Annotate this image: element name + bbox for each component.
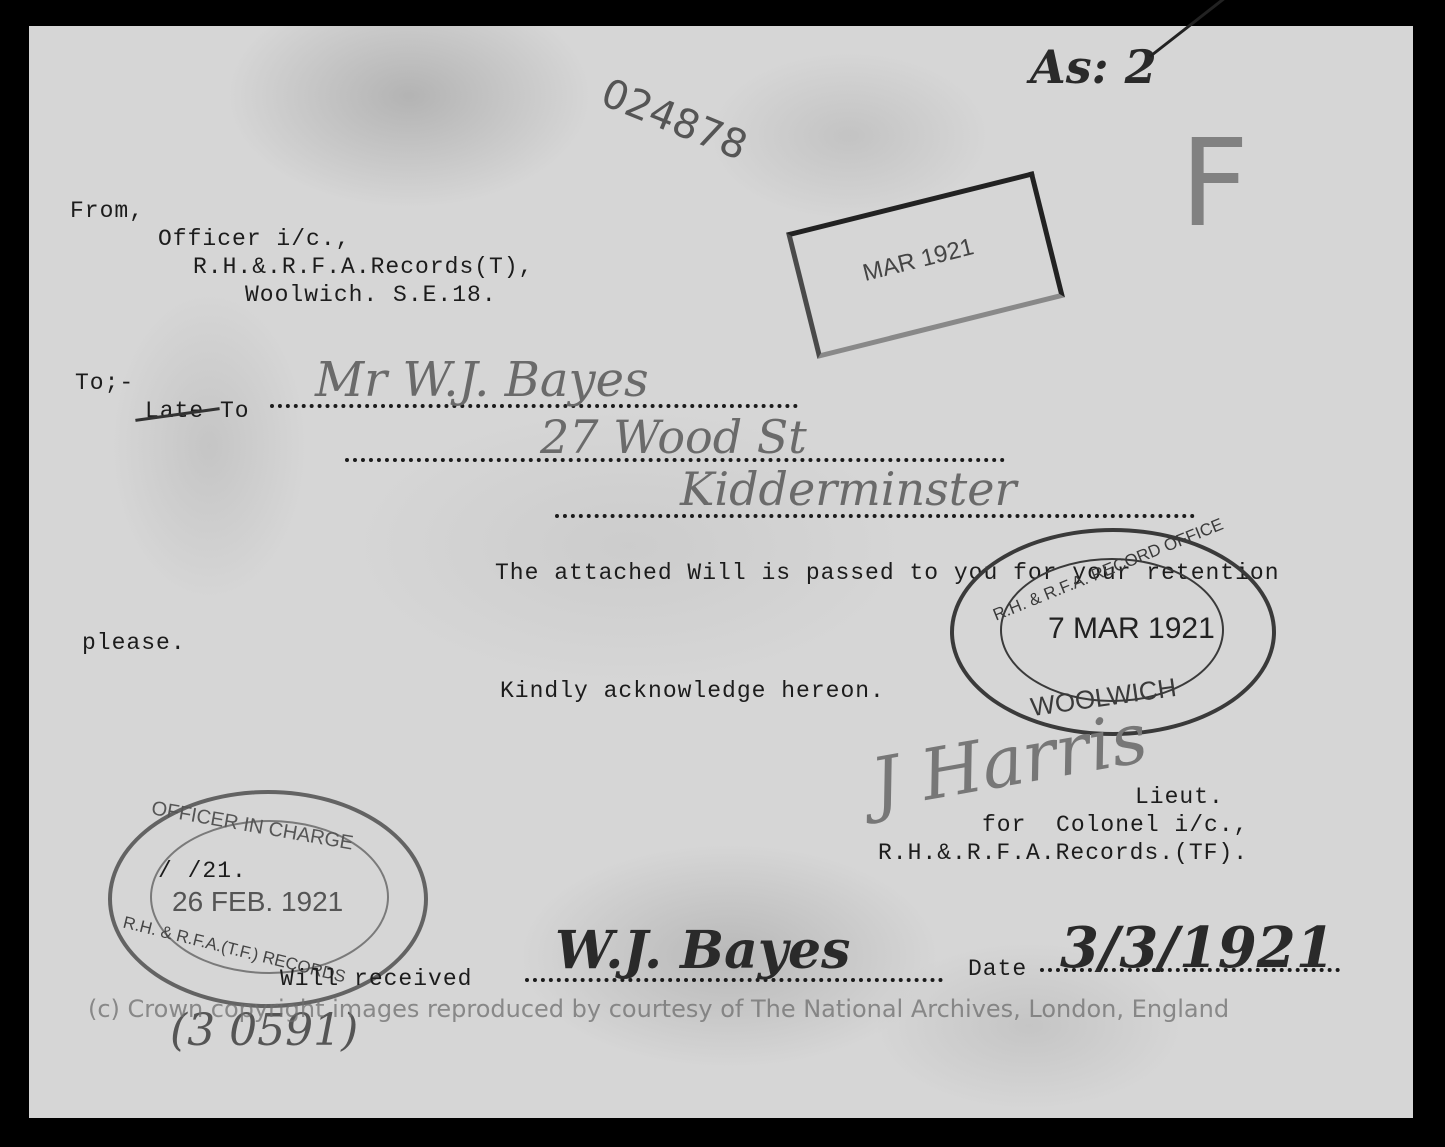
from-line-2: R.H.&.R.F.A.Records(T), (193, 254, 533, 280)
record-office-stamp-date: 7 MAR 1921 (1048, 612, 1215, 646)
recipient-name: Mr W.J. Bayes (315, 352, 649, 408)
unit-line: R.H.&.R.F.A.Records.(TF). (878, 840, 1248, 866)
rect-stamp-text: MAR 1921 (860, 233, 977, 288)
letter-mark-f: F (1180, 115, 1249, 254)
to-prefix: To (220, 398, 250, 424)
recipient-town: Kidderminster (680, 462, 1016, 516)
for-colonel-line: for Colonel i/c., (982, 812, 1248, 838)
body-line-3: Kindly acknowledge hereon. (500, 678, 885, 704)
will-received-label: Will received (280, 966, 472, 992)
oic-stamp-date: 26 FEB. 1921 (172, 886, 343, 918)
copyright-watermark: (c) Crown copyright images reproduced by… (88, 995, 1229, 1023)
date-label: Date (968, 956, 1027, 982)
received-date: 3/3/1921 (1060, 915, 1335, 981)
typed-reference: / /21. (158, 858, 247, 884)
from-label: From, (70, 198, 144, 224)
top-right-note: As: 2 (1030, 40, 1157, 94)
to-label: To;- (75, 370, 134, 396)
recipient-street: 27 Wood St (540, 410, 807, 464)
from-line-1: Officer i/c., (158, 226, 350, 252)
rank-label: Lieut. (1135, 784, 1224, 810)
recipient-signature: W.J. Bayes (555, 920, 850, 981)
body-line-2: please. (82, 630, 186, 656)
from-line-3: Woolwich. S.E.18. (245, 282, 497, 308)
